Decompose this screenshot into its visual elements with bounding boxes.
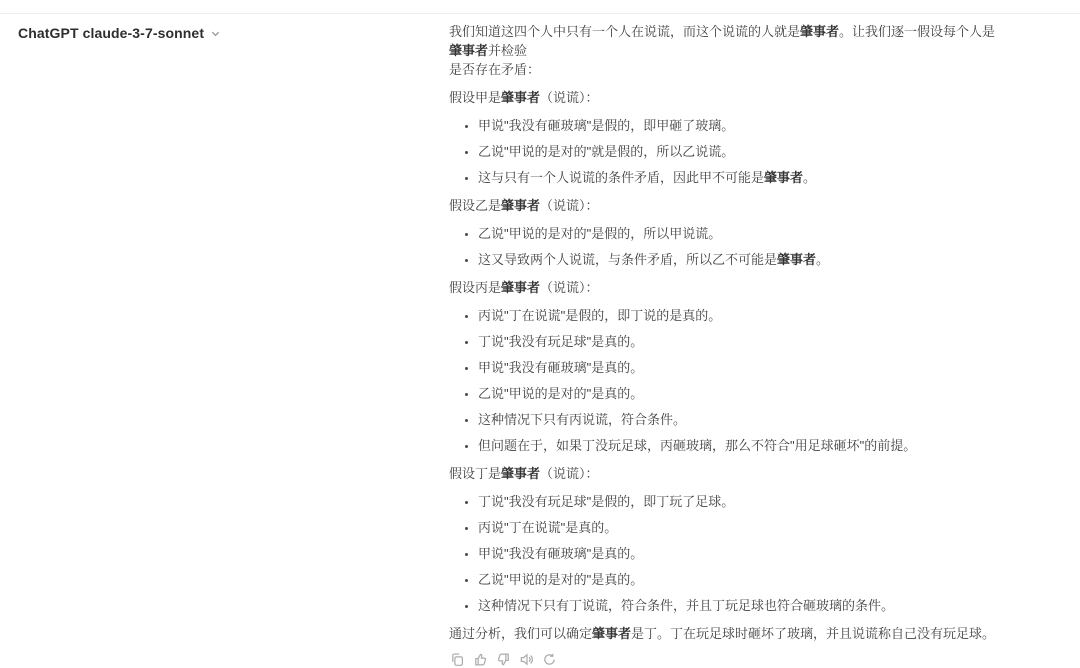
list-item: 丙说"丁在说谎"是真的。 xyxy=(478,518,997,537)
list-item: 这又导致两个人说谎，与条件矛盾，所以乙不可能是肇事者。 xyxy=(478,250,997,269)
list-item: 丁说"我没有玩足球"是假的，即丁玩了足球。 xyxy=(478,492,997,511)
list-item: 甲说"我没有砸玻璃"是真的。 xyxy=(478,358,997,377)
hypothesis-jia-heading: 假设甲是肇事者（说谎）： xyxy=(449,88,997,107)
intro-paragraph: 我们知道这四个人中只有一个人在说谎，而这个说谎的人就是肇事者。让我们逐一假设每个… xyxy=(449,22,997,79)
list-item: 甲说"我没有砸玻璃"是假的，即甲砸了玻璃。 xyxy=(478,116,997,135)
hypothesis-ding-list: 丁说"我没有玩足球"是假的，即丁玩了足球。 丙说"丁在说谎"是真的。 甲说"我没… xyxy=(449,492,997,615)
hypothesis-bing-list: 丙说"丁在说谎"是假的，即丁说的是真的。 丁说"我没有玩足球"是真的。 甲说"我… xyxy=(449,306,997,455)
conclusion-paragraph: 通过分析，我们可以确定肇事者是丁。丁在玩足球时砸坏了玻璃，并且说谎称自己没有玩足… xyxy=(449,624,997,628)
list-item: 这种情况下只有丁说谎，符合条件，并且丁玩足球也符合砸玻璃的条件。 xyxy=(478,596,997,615)
list-item: 乙说"甲说的是对的"就是假的，所以乙说谎。 xyxy=(478,142,997,161)
list-item: 但问题在于，如果丁没玩足球，丙砸玻璃，那么不符合"用足球砸坏"的前提。 xyxy=(478,436,997,455)
model-selector[interactable]: ChatGPT claude-3-7-sonnet xyxy=(18,25,221,41)
list-item: 甲说"我没有砸玻璃"是真的。 xyxy=(478,544,997,563)
list-item: 乙说"甲说的是对的"是真的。 xyxy=(478,570,997,589)
hypothesis-jia-list: 甲说"我没有砸玻璃"是假的，即甲砸了玻璃。 乙说"甲说的是对的"就是假的，所以乙… xyxy=(449,116,997,187)
list-item: 乙说"甲说的是对的"是真的。 xyxy=(478,384,997,403)
hypothesis-ding-heading: 假设丁是肇事者（说谎）： xyxy=(449,464,997,483)
list-item: 丁说"我没有玩足球"是真的。 xyxy=(478,332,997,351)
assistant-message: 我们知道这四个人中只有一个人在说谎，而这个说谎的人就是肇事者。让我们逐一假设每个… xyxy=(449,13,997,628)
list-item: 这种情况下只有丙说谎，符合条件。 xyxy=(478,410,997,429)
list-item: 乙说"甲说的是对的"是假的，所以甲说谎。 xyxy=(478,224,997,243)
model-selector-label: ChatGPT claude-3-7-sonnet xyxy=(18,25,204,41)
hypothesis-yi-list: 乙说"甲说的是对的"是假的，所以甲说谎。 这又导致两个人说谎，与条件矛盾，所以乙… xyxy=(449,224,997,269)
list-item: 这与只有一个人说谎的条件矛盾，因此甲不可能是肇事者。 xyxy=(478,168,997,187)
chevron-down-icon xyxy=(210,28,221,39)
hypothesis-yi-heading: 假设乙是肇事者（说谎）： xyxy=(449,196,997,215)
list-item: 丙说"丁在说谎"是假的，即丁说的是真的。 xyxy=(478,306,997,325)
hypothesis-bing-heading: 假设丙是肇事者（说谎）： xyxy=(449,278,997,297)
